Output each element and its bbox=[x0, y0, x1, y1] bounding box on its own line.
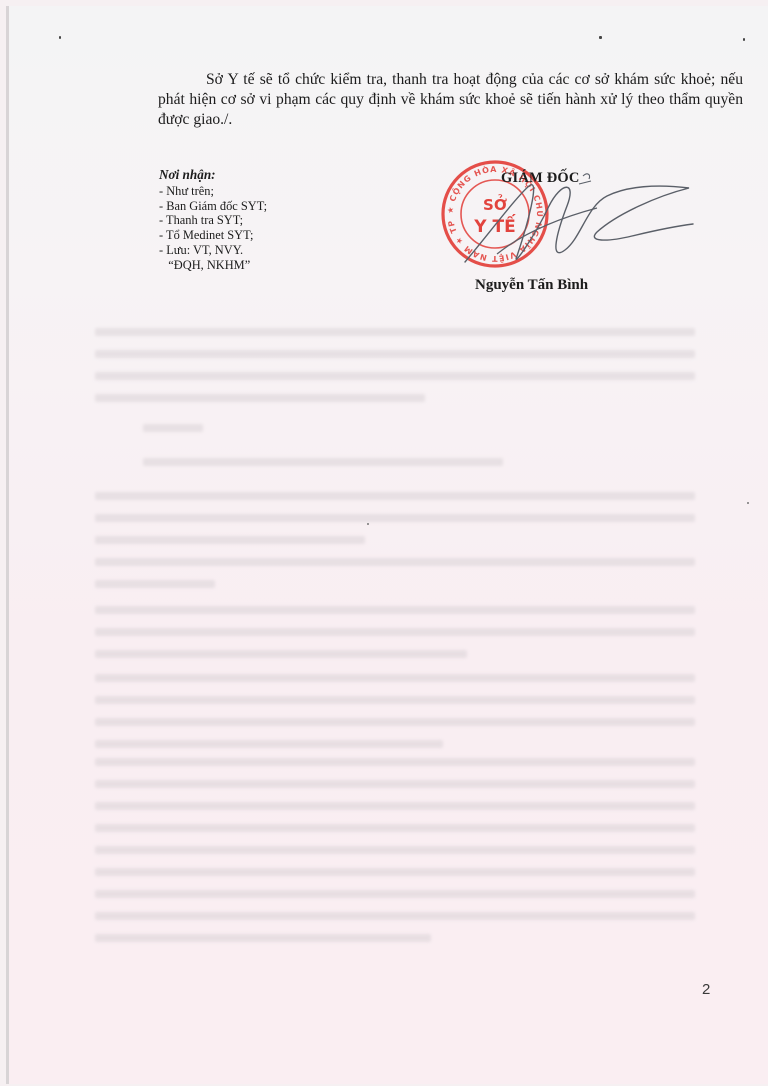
recipient-item: - Tổ Medinet SYT; bbox=[159, 228, 267, 243]
scan-speck bbox=[367, 523, 369, 525]
signer-name: Nguyễn Tấn Bình bbox=[475, 277, 588, 294]
bleed-through-text bbox=[95, 558, 695, 602]
bleed-through-text bbox=[95, 674, 695, 762]
document-page: Sở Y tế sẽ tổ chức kiểm tra, thanh tra h… bbox=[6, 6, 768, 1084]
bleed-through-text bbox=[95, 458, 695, 480]
scan-speck bbox=[599, 36, 602, 39]
recipient-item: - Ban Giám đốc SYT; bbox=[159, 199, 267, 214]
recipient-item: - Lưu: VT, NVY. bbox=[159, 243, 267, 258]
recipient-item: “ĐQH, NKHM” bbox=[159, 258, 267, 273]
page-number: 2 bbox=[702, 981, 710, 998]
scan-speck bbox=[731, 81, 733, 83]
scan-speck bbox=[747, 502, 749, 504]
bleed-through-text bbox=[95, 424, 695, 446]
recipients-title: Nơi nhận: bbox=[159, 168, 267, 183]
recipient-item: - Thanh tra SYT; bbox=[159, 213, 267, 228]
scan-speck bbox=[743, 38, 745, 41]
recipients-block: Nơi nhận: - Như trên; - Ban Giám đốc SYT… bbox=[159, 168, 267, 273]
bleed-through-text bbox=[95, 328, 695, 416]
scan-speck bbox=[59, 36, 61, 39]
bleed-through-text bbox=[95, 492, 695, 558]
bleed-through-text bbox=[95, 606, 695, 672]
handwritten-signature-icon bbox=[457, 166, 697, 276]
bleed-through-text bbox=[95, 758, 695, 956]
recipient-item: - Như trên; bbox=[159, 184, 267, 199]
closing-paragraph: Sở Y tế sẽ tổ chức kiểm tra, thanh tra h… bbox=[158, 70, 743, 130]
closing-paragraph-text: Sở Y tế sẽ tổ chức kiểm tra, thanh tra h… bbox=[158, 71, 743, 128]
